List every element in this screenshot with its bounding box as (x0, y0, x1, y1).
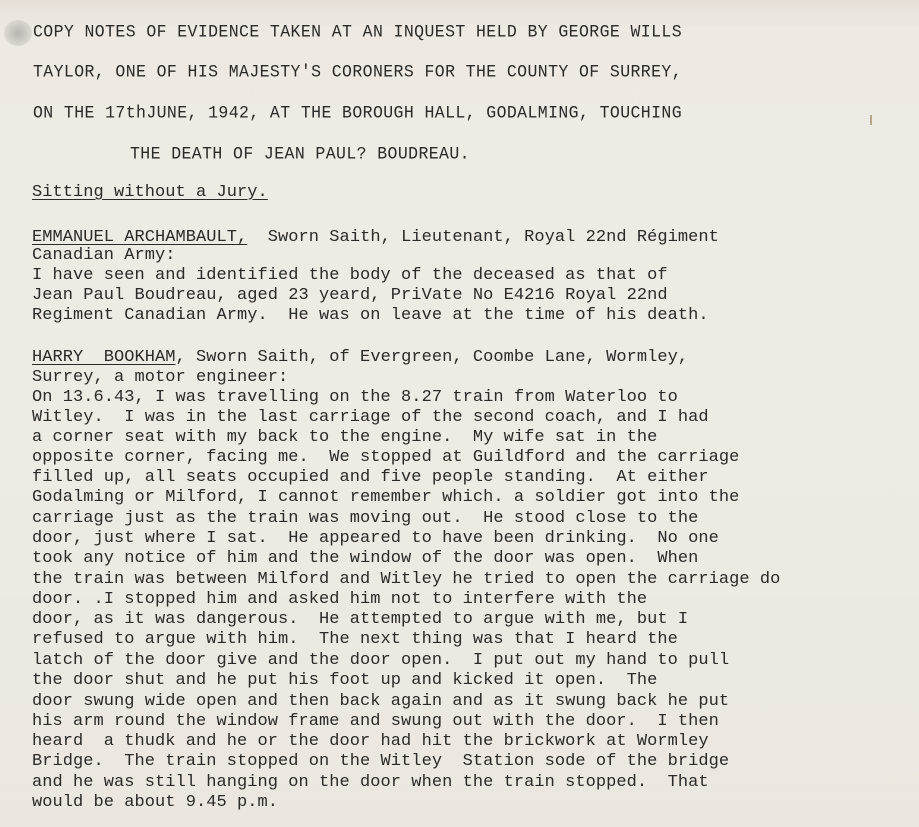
witness1-line: I have seen and identified the body of t… (32, 266, 668, 285)
witness2-line: door, just where I sat. He appeared to h… (32, 529, 719, 548)
sitting-note: Sitting without a Jury. (32, 183, 268, 202)
witness1-line: Jean Paul Boudreau, aged 23 yeard, PriVa… (32, 286, 668, 305)
heading-line-3: ON THE 17thJUNE, 1942, AT THE BOROUGH HA… (33, 102, 682, 123)
witness1-line: Regiment Canadian Army. He was on leave … (32, 306, 709, 325)
document-page: COPY NOTES OF EVIDENCE TAKEN AT AN INQUE… (0, 0, 919, 827)
witness2-line: would be about 9.45 p.m. (32, 793, 278, 812)
witness2-line: took any notice of him and the window of… (32, 549, 698, 568)
witness1-line: Canadian Army: (32, 246, 176, 265)
witness2-line: Bridge. The train stopped on the Witley … (32, 752, 729, 771)
witness2-line: his arm round the window frame and swung… (32, 712, 719, 731)
witness2-name: HARRY BOOKHAM (32, 348, 176, 367)
paper-smudge (4, 20, 32, 46)
witness2-line: On 13.6.43, I was travelling on the 8.27… (32, 388, 678, 407)
witness1-intro: EMMANUEL ARCHAMBAULT, Sworn Saith, Lieut… (32, 228, 719, 247)
witness2-intro: HARRY BOOKHAM, Sworn Saith, of Evergreen… (32, 348, 688, 367)
witness1-intro-rest: Sworn Saith, Lieutenant, Royal 22nd Régi… (247, 228, 719, 247)
witness2-intro-rest: , Sworn Saith, of Evergreen, Coombe Lane… (176, 348, 689, 367)
witness2-line: heard a thudk and he or the door had hit… (32, 732, 709, 751)
witness2-line: Godalming or Milford, I cannot remember … (32, 488, 739, 507)
witness2-line: carriage just as the train was moving ou… (32, 509, 698, 528)
witness2-line: latch of the door give and the door open… (32, 651, 729, 670)
witness2-line: refused to argue with him. The next thin… (32, 630, 678, 649)
witness2-line: door swung wide open and then back again… (32, 692, 729, 711)
heading-line-2: TAYLOR, ONE OF HIS MAJESTY'S CORONERS FO… (33, 61, 682, 82)
paper-mark (870, 115, 872, 125)
heading-line-1: COPY NOTES OF EVIDENCE TAKEN AT AN INQUE… (33, 21, 682, 42)
witness2-line: door, as it was dangerous. He attempted … (32, 610, 688, 629)
witness2-line: and he was still hanging on the door whe… (32, 773, 709, 792)
witness2-line: door. .I stopped him and asked him not t… (32, 590, 647, 609)
witness2-line: a corner seat with my back to the engine… (32, 428, 657, 447)
witness1-name: EMMANUEL ARCHAMBAULT, (32, 228, 247, 247)
witness2-line: the door shut and he put his foot up and… (32, 671, 657, 690)
witness2-line: filled up, all seats occupied and five p… (32, 468, 709, 487)
witness2-line: the train was between Milford and Witley… (32, 570, 780, 589)
heading-line-4: THE DEATH OF JEAN PAUL? BOUDREAU. (130, 143, 470, 164)
witness2-line: Surrey, a motor engineer: (32, 368, 288, 387)
witness2-line: Witley. I was in the last carriage of th… (32, 408, 709, 427)
witness2-line: opposite corner, facing me. We stopped a… (32, 448, 739, 467)
